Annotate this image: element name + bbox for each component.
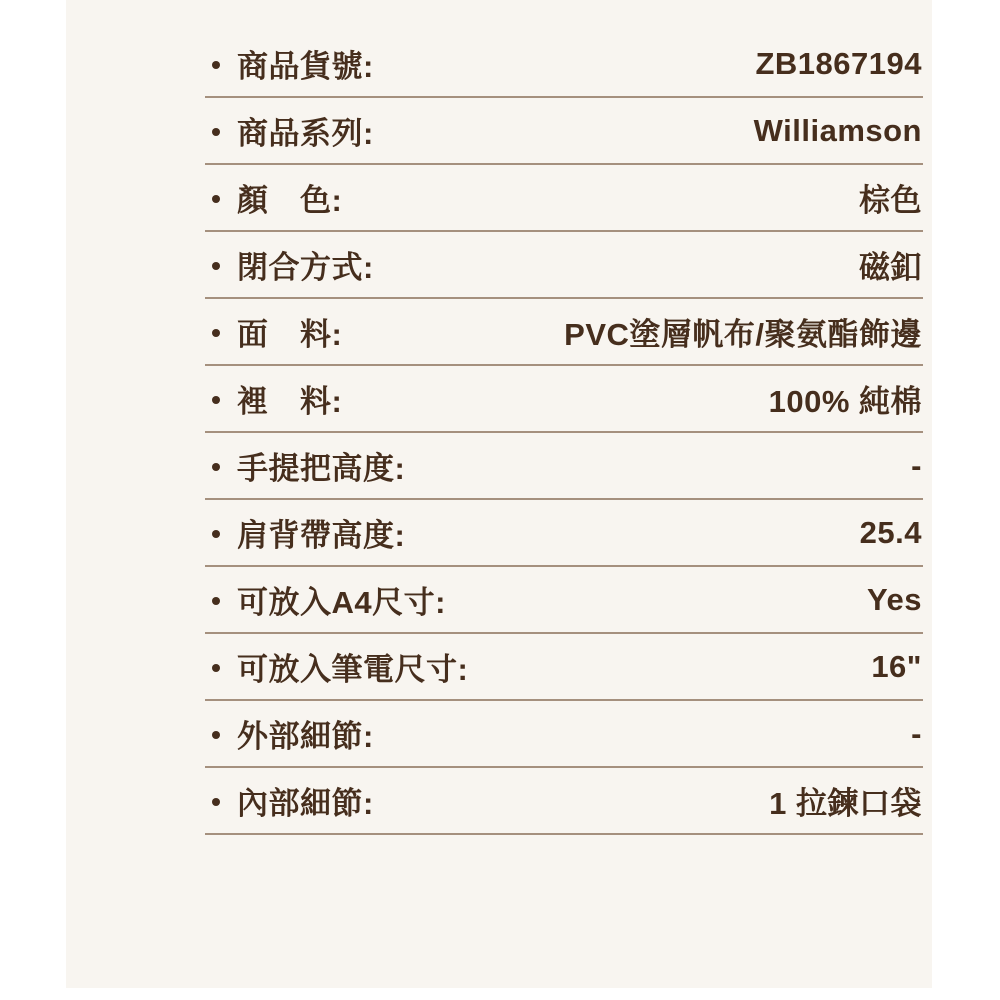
spec-value: Yes — [867, 582, 923, 618]
spec-label: 面 料: — [237, 309, 342, 354]
spec-value: 16" — [871, 649, 923, 685]
spec-value: ZB1867194 — [755, 46, 923, 82]
bullet-icon — [212, 463, 220, 471]
spec-row-exterior-details: 外部細節: - — [205, 701, 923, 768]
bullet-icon — [212, 128, 220, 136]
spec-row-fits-a4: 可放入A4尺寸: Yes — [205, 567, 923, 634]
spec-row-closure: 閉合方式: 磁釦 — [205, 232, 923, 299]
spec-label: 商品系列: — [237, 108, 374, 153]
spec-label: 肩背帶高度: — [237, 510, 405, 555]
spec-row-handle-drop: 手提把高度: - — [205, 433, 923, 500]
spec-row-color: 顏 色: 棕色 — [205, 165, 923, 232]
spec-row-strap-drop: 肩背帶高度: 25.4 — [205, 500, 923, 567]
spec-label: 可放入A4尺寸: — [237, 577, 446, 622]
spec-row-material: 面 料: PVC塗層帆布/聚氨酯飾邊 — [205, 299, 923, 366]
bullet-icon — [212, 329, 220, 337]
spec-label: 商品貨號: — [237, 41, 374, 86]
spec-label: 顏 色: — [237, 175, 342, 220]
spec-value: - — [911, 448, 923, 484]
spec-value: 25.4 — [860, 515, 923, 551]
spec-value: 棕色 — [859, 175, 923, 220]
spec-row-collection: 商品系列: Williamson — [205, 98, 923, 165]
spec-value: Williamson — [754, 113, 923, 149]
spec-label: 外部細節: — [237, 711, 374, 756]
spec-value: 1 拉鍊口袋 — [769, 778, 923, 823]
spec-value: 100% 純棉 — [769, 376, 923, 421]
bullet-icon — [212, 731, 220, 739]
spec-label: 裡 料: — [237, 376, 342, 421]
bullet-icon — [212, 61, 220, 69]
bullet-icon — [212, 195, 220, 203]
spec-label: 內部細節: — [237, 778, 374, 823]
spec-value: PVC塗層帆布/聚氨酯飾邊 — [564, 309, 923, 354]
spec-table: 商品貨號: ZB1867194 商品系列: Williamson 顏 色: 棕色… — [205, 31, 923, 835]
bullet-icon — [212, 597, 220, 605]
spec-label: 手提把高度: — [237, 443, 405, 488]
spec-label: 閉合方式: — [237, 242, 374, 287]
bullet-icon — [212, 664, 220, 672]
spec-row-item-number: 商品貨號: ZB1867194 — [205, 31, 923, 98]
bullet-icon — [212, 798, 220, 806]
spec-value: - — [911, 716, 923, 752]
bullet-icon — [212, 530, 220, 538]
spec-value: 磁釦 — [859, 242, 923, 287]
spec-row-fits-laptop: 可放入筆電尺寸: 16" — [205, 634, 923, 701]
spec-row-interior-details: 內部細節: 1 拉鍊口袋 — [205, 768, 923, 835]
spec-row-lining: 裡 料: 100% 純棉 — [205, 366, 923, 433]
spec-panel: 商品貨號: ZB1867194 商品系列: Williamson 顏 色: 棕色… — [66, 0, 932, 988]
spec-label: 可放入筆電尺寸: — [237, 644, 468, 689]
bullet-icon — [212, 262, 220, 270]
bullet-icon — [212, 396, 220, 404]
